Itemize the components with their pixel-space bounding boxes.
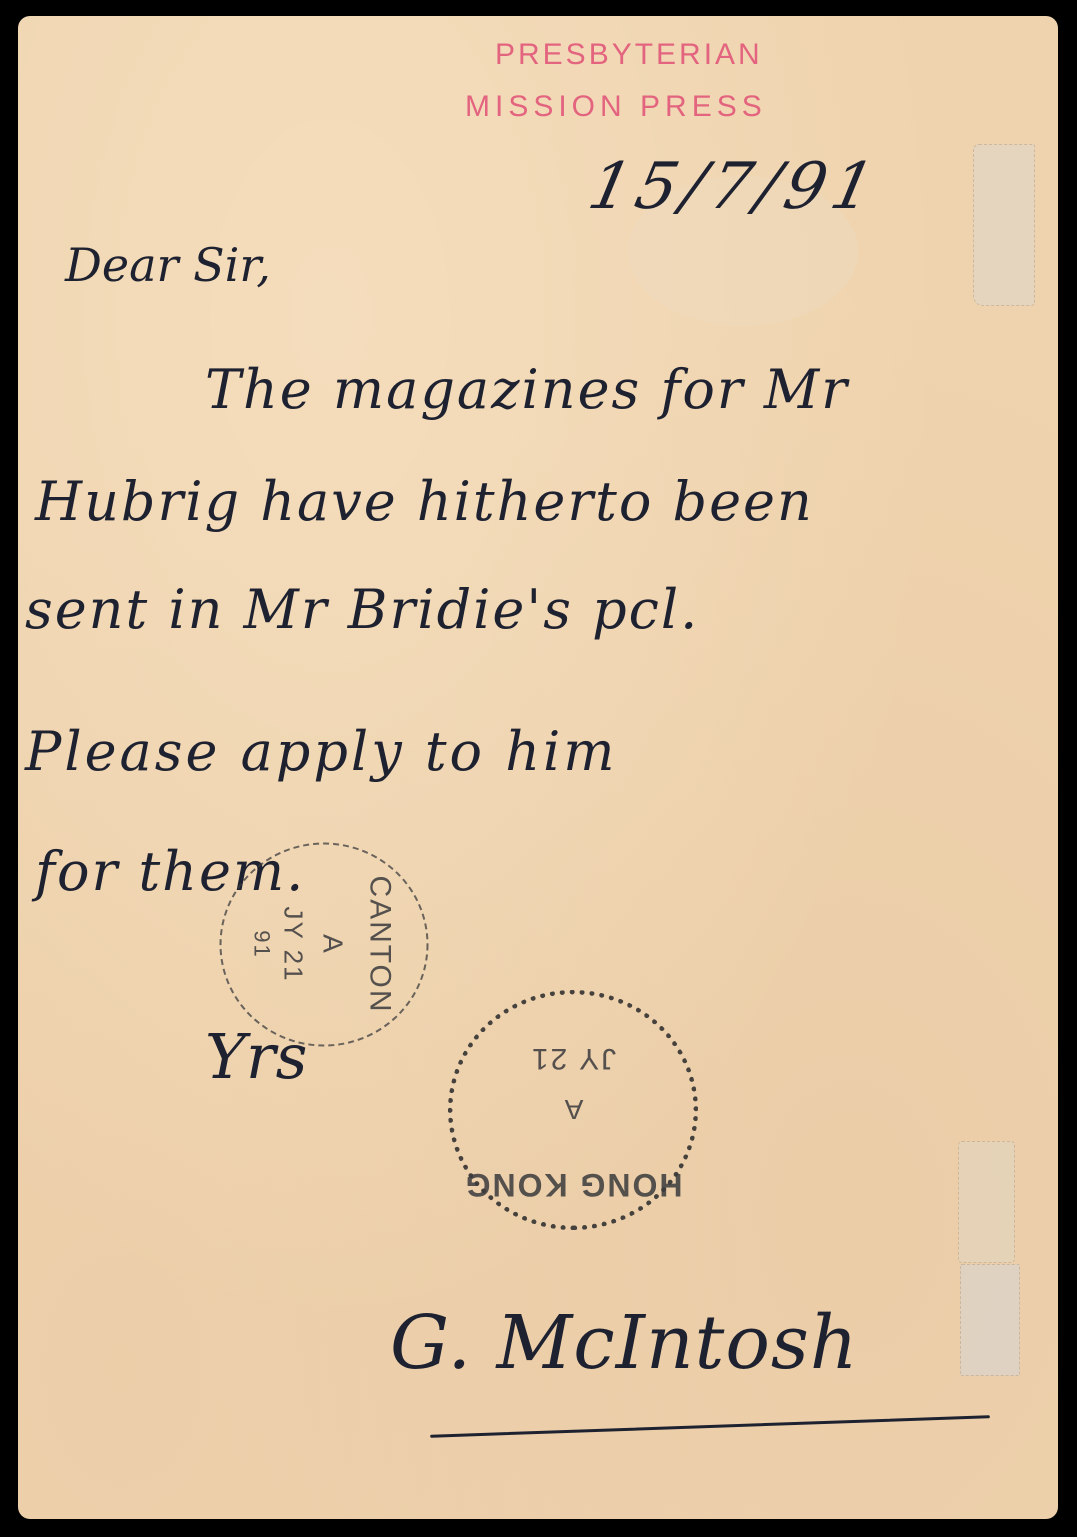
postmark-hong-kong: HONG KONG A JY 21 bbox=[448, 990, 698, 1230]
closing: Yrs bbox=[205, 1020, 307, 1093]
postmark-hk-date: JY 21 bbox=[453, 1041, 693, 1075]
body-line-2: Hubrig have hitherto been bbox=[35, 470, 814, 533]
body-line-4: Please apply to him bbox=[25, 720, 618, 783]
imprint-line-2: MISSION PRESS bbox=[465, 90, 767, 124]
imprint-line-1: PRESBYTERIAN bbox=[495, 38, 763, 72]
postmark-canton-date: JY 21 bbox=[278, 845, 309, 1045]
removed-stamp-remnant-top bbox=[973, 144, 1035, 306]
postmark-hk-city: HONG KONG bbox=[453, 1166, 693, 1203]
postmark-canton: CANTON A JY 21 91 bbox=[220, 843, 429, 1047]
postmark-canton-code: A bbox=[317, 845, 349, 1045]
salutation: Dear Sir, bbox=[65, 238, 271, 292]
body-line-3: sent in Mr Bridie's pcl. bbox=[25, 578, 699, 641]
letter-date: 15/7/91 bbox=[582, 150, 886, 224]
removed-stamp-remnant-bottom-upper bbox=[958, 1141, 1015, 1263]
body-line-1: The magazines for Mr bbox=[205, 358, 849, 421]
postmark-hk-code: A bbox=[453, 1093, 693, 1125]
postmark-canton-city: CANTON bbox=[363, 845, 397, 1045]
signature: G. McIntosh bbox=[390, 1300, 859, 1386]
removed-stamp-remnant-bottom-lower bbox=[960, 1264, 1020, 1376]
postmark-canton-year: 91 bbox=[249, 845, 275, 1045]
